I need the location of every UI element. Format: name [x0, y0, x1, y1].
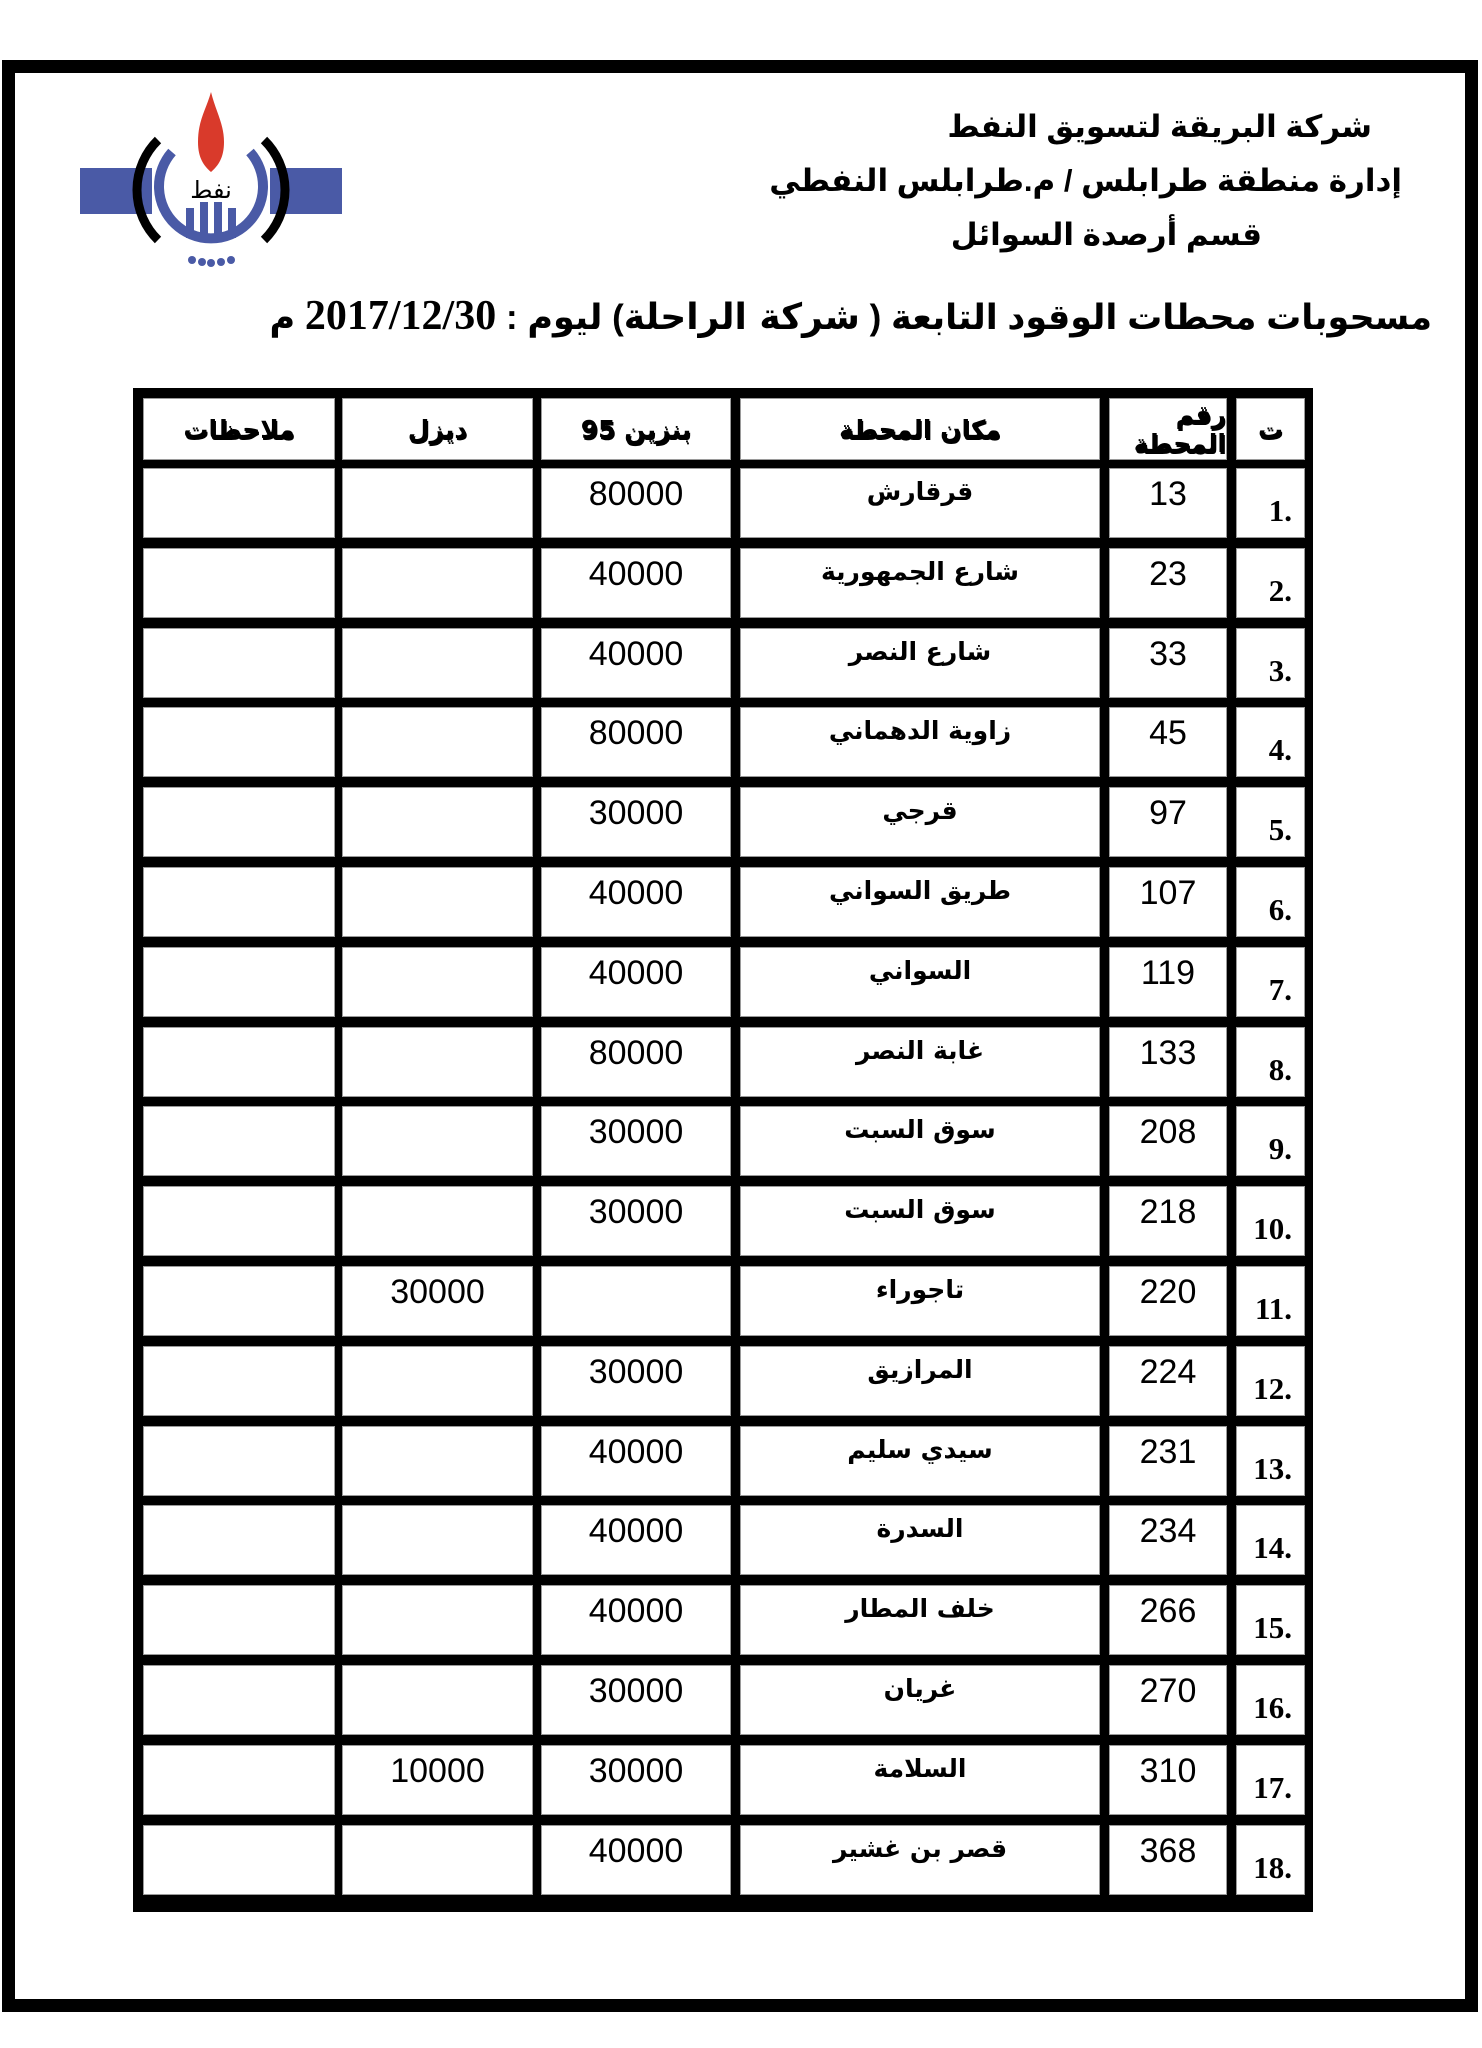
svg-text:نفط: نفط [190, 176, 232, 204]
station-number-cell: 45 [1109, 707, 1227, 777]
station-number-cell: 218 [1109, 1186, 1227, 1256]
place-cell: زاوية الدهماني [740, 707, 1100, 777]
index-cell: .10 [1236, 1186, 1305, 1256]
notes-cell [143, 947, 335, 1017]
gasoline95-cell: 40000 [541, 1426, 731, 1496]
diesel-cell [342, 548, 533, 618]
index-cell: .3 [1236, 628, 1305, 698]
notes-cell [143, 1106, 335, 1176]
diesel-cell [342, 707, 533, 777]
index-cell: .5 [1236, 787, 1305, 857]
title-date: 2017/12/30 [305, 293, 496, 339]
place-cell: سوق السبت [740, 1186, 1100, 1256]
station-number-cell: 208 [1109, 1106, 1227, 1176]
diesel-cell [342, 468, 533, 538]
diesel-cell [342, 1665, 533, 1735]
column-header-station-number: رقم المحطة [1109, 398, 1227, 460]
station-number-cell: 368 [1109, 1825, 1227, 1895]
index-cell: .13 [1236, 1426, 1305, 1496]
diesel-cell [342, 1505, 533, 1575]
notes-cell [143, 1346, 335, 1416]
frame-border-right [1467, 63, 1475, 2009]
place-cell: السدرة [740, 1505, 1100, 1575]
index-cell: .11 [1236, 1266, 1305, 1336]
gasoline95-cell [541, 1266, 731, 1336]
notes-cell [143, 1505, 335, 1575]
diesel-cell [342, 1585, 533, 1655]
place-cell: سيدي سليم [740, 1426, 1100, 1496]
diesel-cell [342, 947, 533, 1017]
station-number-cell: 266 [1109, 1585, 1227, 1655]
notes-cell [143, 787, 335, 857]
place-cell: غريان [740, 1665, 1100, 1735]
gasoline95-cell: 80000 [541, 468, 731, 538]
frame-border-left [5, 63, 13, 2009]
gasoline95-cell: 40000 [541, 1825, 731, 1895]
diesel-cell [342, 628, 533, 698]
gasoline95-cell: 30000 [541, 787, 731, 857]
place-cell: قرقارش [740, 468, 1100, 538]
notes-cell [143, 628, 335, 698]
notes-cell [143, 1027, 335, 1097]
gasoline95-cell: 30000 [541, 1745, 731, 1815]
station-number-cell: 33 [1109, 628, 1227, 698]
diesel-cell: 10000 [342, 1745, 533, 1815]
gasoline95-cell: 30000 [541, 1186, 731, 1256]
notes-cell [143, 1665, 335, 1735]
gasoline95-cell: 40000 [541, 947, 731, 1017]
withdrawals-table: ملاحظاتديزلبنزين 95مكان المحطةرقم المحطة… [133, 388, 1313, 1912]
index-cell: .14 [1236, 1505, 1305, 1575]
title-company: شركة الراحلة [624, 297, 860, 338]
gasoline95-cell: 40000 [541, 548, 731, 618]
index-cell: .4 [1236, 707, 1305, 777]
gasoline95-cell: 80000 [541, 707, 731, 777]
station-number-cell: 220 [1109, 1266, 1227, 1336]
station-number-cell: 23 [1109, 548, 1227, 618]
company-name: شركة البريقة لتسويق النفط [702, 100, 1402, 154]
index-cell: .7 [1236, 947, 1305, 1017]
notes-cell [143, 867, 335, 937]
place-cell: تاجوراء [740, 1266, 1100, 1336]
place-cell: قرجي [740, 787, 1100, 857]
diesel-cell [342, 1825, 533, 1895]
gasoline95-cell: 80000 [541, 1027, 731, 1097]
place-cell: شارع الجمهورية [740, 548, 1100, 618]
notes-cell [143, 1266, 335, 1336]
document-title: مسحوبات محطات الوقود التابعة ( شركة الرا… [269, 292, 1432, 340]
diesel-cell [342, 867, 533, 937]
diesel-cell [342, 1346, 533, 1416]
department-name: قسم أرصدة السوائل [702, 208, 1402, 262]
column-header-place: مكان المحطة [740, 398, 1100, 460]
place-cell: غابة النصر [740, 1027, 1100, 1097]
notes-cell [143, 1585, 335, 1655]
notes-cell [143, 1745, 335, 1815]
diesel-cell [342, 1027, 533, 1097]
place-cell: شارع النصر [740, 628, 1100, 698]
place-cell: سوق السبت [740, 1106, 1100, 1176]
station-number-cell: 270 [1109, 1665, 1227, 1735]
index-cell: .18 [1236, 1825, 1305, 1895]
notes-cell [143, 468, 335, 538]
index-cell: .12 [1236, 1346, 1305, 1416]
org-header: شركة البريقة لتسويق النفط إدارة منطقة طر… [702, 100, 1402, 262]
place-cell: خلف المطار [740, 1585, 1100, 1655]
place-cell: المرازيق [740, 1346, 1100, 1416]
place-cell: السواني [740, 947, 1100, 1017]
station-number-cell: 234 [1109, 1505, 1227, 1575]
column-header-index: ت [1236, 398, 1305, 460]
index-cell: .8 [1236, 1027, 1305, 1097]
station-number-cell: 133 [1109, 1027, 1227, 1097]
gasoline95-cell: 30000 [541, 1106, 731, 1176]
index-cell: .1 [1236, 468, 1305, 538]
index-cell: .2 [1236, 548, 1305, 618]
index-cell: .15 [1236, 1585, 1305, 1655]
index-cell: .16 [1236, 1665, 1305, 1735]
diesel-cell [342, 1106, 533, 1176]
gasoline95-cell: 30000 [541, 1665, 731, 1735]
column-header-gasoline95: بنزين 95 [541, 398, 731, 460]
title-mid: ) ليوم : [506, 298, 624, 337]
notes-cell [143, 1426, 335, 1496]
notes-cell [143, 707, 335, 777]
station-number-cell: 13 [1109, 468, 1227, 538]
notes-cell [143, 1186, 335, 1256]
notes-cell [143, 548, 335, 618]
place-cell: طريق السواني [740, 867, 1100, 937]
diesel-cell: 30000 [342, 1266, 533, 1336]
column-header-diesel: ديزل [342, 398, 533, 460]
gasoline95-cell: 40000 [541, 628, 731, 698]
region-name: إدارة منطقة طرابلس / م.طرابلس النفطي [702, 154, 1402, 208]
notes-cell [143, 1825, 335, 1895]
gasoline95-cell: 40000 [541, 1585, 731, 1655]
index-cell: .6 [1236, 867, 1305, 937]
diesel-cell [342, 787, 533, 857]
title-prefix: مسحوبات محطات الوقود التابعة ( [870, 298, 1432, 337]
diesel-cell [342, 1186, 533, 1256]
place-cell: السلامة [740, 1745, 1100, 1815]
station-number-cell: 97 [1109, 787, 1227, 857]
gasoline95-cell: 30000 [541, 1346, 731, 1416]
brega-logo-icon: نفط [80, 90, 342, 275]
station-number-cell: 224 [1109, 1346, 1227, 1416]
index-cell: .9 [1236, 1106, 1305, 1176]
gasoline95-cell: 40000 [541, 867, 731, 937]
station-number-cell: 107 [1109, 867, 1227, 937]
station-number-cell: 119 [1109, 947, 1227, 1017]
title-suffix: م [269, 298, 295, 337]
gasoline95-cell: 40000 [541, 1505, 731, 1575]
column-header-notes: ملاحظات [143, 398, 335, 460]
station-number-cell: 310 [1109, 1745, 1227, 1815]
place-cell: قصر بن غشير [740, 1825, 1100, 1895]
station-number-cell: 231 [1109, 1426, 1227, 1496]
index-cell: .17 [1236, 1745, 1305, 1815]
diesel-cell [342, 1426, 533, 1496]
